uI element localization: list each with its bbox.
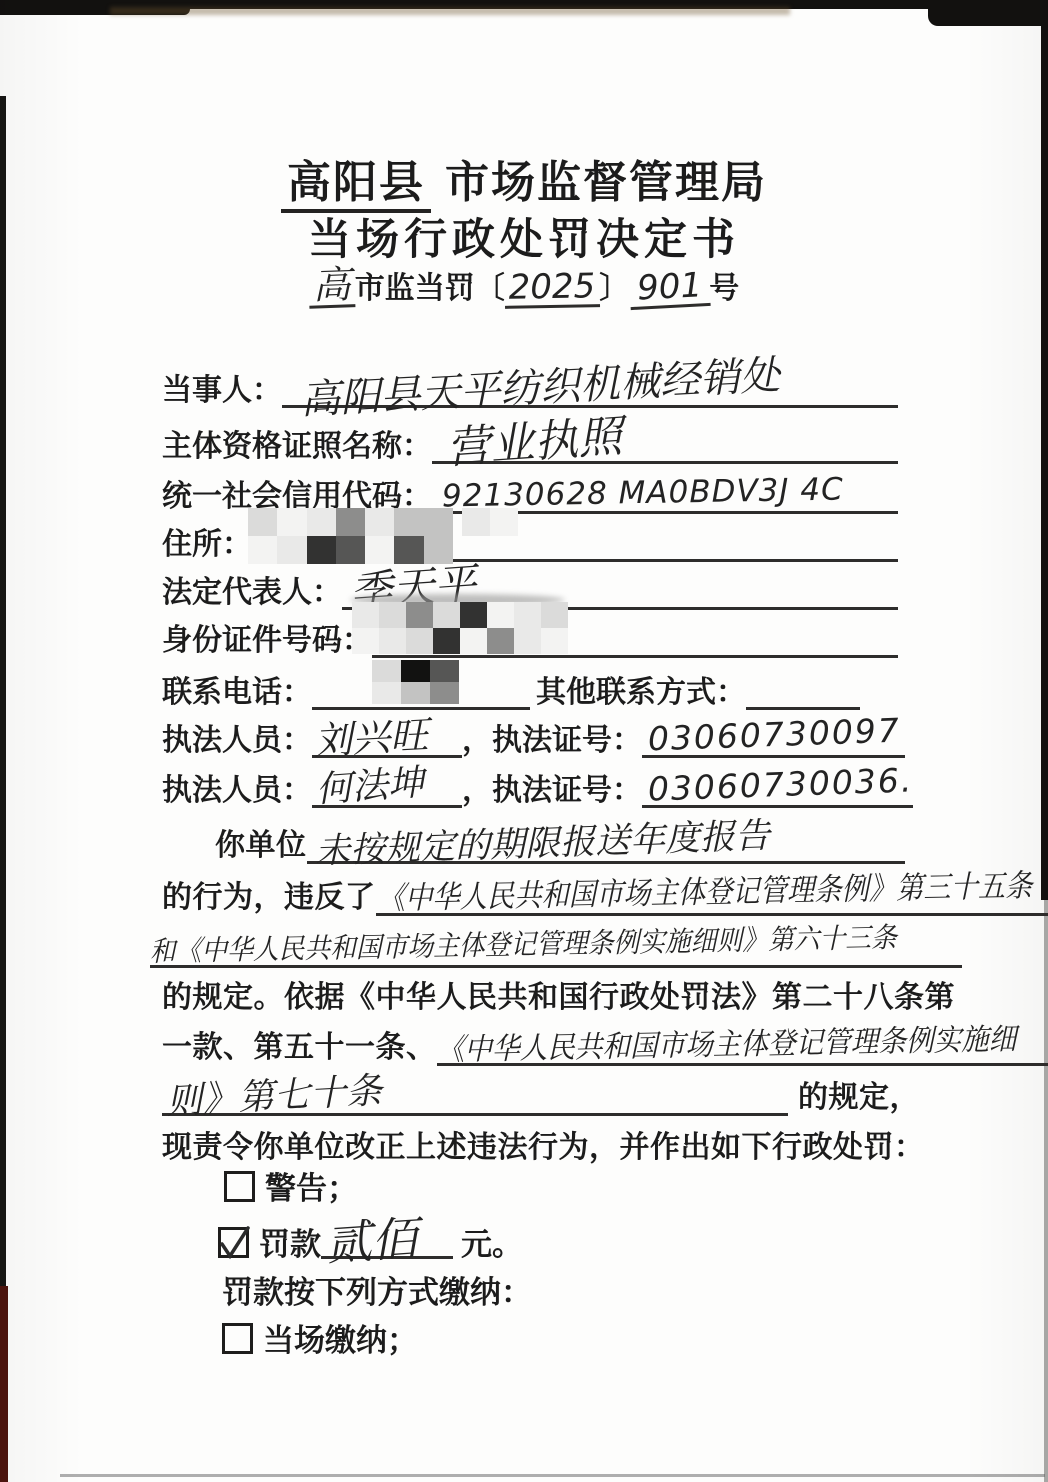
field-officer2: 执法人员： 何法坤 ，执法证号： 03060730036. xyxy=(162,760,905,808)
field-officer1-cert-no: 03060730097 xyxy=(647,714,901,756)
document-title: 高阳县市场监督管理局 xyxy=(281,146,767,210)
checkbox-fine xyxy=(218,1227,249,1258)
scan-border-right xyxy=(1041,0,1048,900)
body-line5: 一款、第五十一条、 《中华人民共和国市场主体登记管理条例实施细 xyxy=(162,1016,1048,1066)
body-line5-printed: 一款、第五十一条、 xyxy=(162,1030,437,1066)
penalty-fine-amount-hand: 贰佰 xyxy=(324,1215,419,1267)
body-line6: 则》第七十条 的规定， xyxy=(162,1066,898,1116)
check-icon xyxy=(217,1222,251,1262)
checkbox-onsite xyxy=(222,1323,253,1354)
body-line7-printed: 现责令你单位改正上述违法行为，并作出如下行政处罚： xyxy=(162,1130,925,1166)
body-line1-printed: 你单位 xyxy=(215,828,307,864)
body-line5-hand: 《中华人民共和国市场主体登记管理条例实施细 xyxy=(436,1025,1016,1066)
scan-border-left xyxy=(0,96,6,1292)
field-officer1-cert-line: 03060730097 xyxy=(642,710,905,758)
field-credit-code-value: 92130628 MA0BDV3J 4C xyxy=(442,474,844,512)
field-legal-rep-label: 法定代表人： xyxy=(162,576,342,611)
redaction-mosaic-address-2 xyxy=(462,508,518,536)
scan-border-right-fade xyxy=(1044,900,1048,1482)
field-license-label: 主体资格证照名称： xyxy=(162,430,432,465)
penalty-option-warning: 警告； xyxy=(224,1162,358,1206)
scan-border-top-right xyxy=(928,0,1048,26)
body-line2-hand: 《中华人民共和国市场主体登记管理条例》第三十五条 xyxy=(377,871,1032,915)
field-credit-code: 统一社会信用代码： 92130628 MA0BDV3J 4C xyxy=(162,466,898,514)
scan-smear-top xyxy=(110,7,790,15)
doc-no-year-hand: 2025 xyxy=(504,269,599,309)
field-phone: 联系电话： 其他联系方式： xyxy=(162,662,860,710)
penalty-fine-amount-line: 贰佰 xyxy=(321,1210,453,1259)
field-officer1-cert-label: ，执法证号： xyxy=(462,724,642,759)
field-officer2-label: 执法人员： xyxy=(162,774,312,809)
body-line3-line: 和《中华人民共和国市场主体登记管理条例实施细则》第六十三条 xyxy=(150,918,962,968)
penalty-payment-header-label: 罚款按下列方式缴纳： xyxy=(222,1276,532,1310)
doc-no-suffix: 号 xyxy=(709,269,739,308)
redaction-mosaic-address xyxy=(248,508,453,564)
field-officer1-name-line: 刘兴旺 xyxy=(312,710,462,758)
field-address-label: 住所： xyxy=(162,528,252,563)
body-line4: 的规定。依据《中华人民共和国行政处罚法》第二十八条第 xyxy=(162,966,955,1016)
field-officer1: 执法人员： 刘兴旺 ，执法证号： 03060730097 xyxy=(162,710,905,758)
checkbox-warning xyxy=(224,1171,255,1202)
penalty-fine-suffix: 元。 xyxy=(461,1228,523,1262)
body-line2-line: 《中华人民共和国市场主体登记管理条例》第三十五条 xyxy=(376,866,1048,916)
body-line1: 你单位 未按规定的期限报送年度报告 xyxy=(215,814,905,864)
authority-region: 高阳县 xyxy=(281,158,431,213)
field-id-number-label: 身份证件号码： xyxy=(162,624,372,659)
body-line4-printed: 的规定。依据《中华人民共和国行政处罚法》第二十八条第 xyxy=(162,980,955,1016)
field-officer2-name-line: 何法坤 xyxy=(312,760,462,808)
field-officer1-name: 刘兴旺 xyxy=(313,716,429,760)
field-other-contact-label: 其他联系方式： xyxy=(536,676,746,711)
field-license-line: 营业执照 xyxy=(432,416,898,464)
redaction-mosaic-id xyxy=(352,602,568,654)
penalty-fine-label: 罚款 xyxy=(259,1228,321,1262)
scan-border-left-red xyxy=(0,1286,8,1482)
penalty-option-fine: 罚款 贰佰 元。 xyxy=(218,1210,523,1262)
body-line3: 和《中华人民共和国市场主体登记管理条例实施细则》第六十三条 xyxy=(150,918,908,968)
body-line1-hand: 未按规定的期限报送年度报告 xyxy=(314,819,770,870)
body-line6-line: 则》第七十条 xyxy=(162,1066,788,1116)
body-line6-printed: 的规定， xyxy=(798,1080,920,1116)
field-credit-code-line: 92130628 MA0BDV3J 4C xyxy=(432,466,898,514)
field-party-label: 当事人： xyxy=(162,374,282,409)
authority-name: 市场监督管理局 xyxy=(445,158,767,207)
body-line2: 的行为，违反了 《中华人民共和国市场主体登记管理条例》第三十五条 xyxy=(162,866,1048,916)
doc-no-close: 〕 xyxy=(599,269,629,308)
body-line2-printed: 的行为，违反了 xyxy=(162,880,376,916)
document-number: 高 市监当罚〔 2025 〕 901 号 xyxy=(309,266,740,308)
field-officer2-name: 何法坤 xyxy=(315,765,425,808)
field-officer2-cert-label: ，执法证号： xyxy=(462,774,642,809)
penalty-onsite-label: 当场缴纳； xyxy=(263,1324,418,1358)
body-line5-line: 《中华人民共和国市场主体登记管理条例实施细 xyxy=(437,1016,1048,1066)
body-line3-hand: 和《中华人民共和国市场主体登记管理条例实施细则》第六十三条 xyxy=(150,924,897,966)
field-party-line: 高阳县天平纺织机械经销处 xyxy=(282,360,898,408)
redaction-mosaic-phone xyxy=(372,660,459,704)
penalty-warning-label: 警告； xyxy=(265,1172,358,1206)
doc-no-region-hand: 高 xyxy=(308,265,355,309)
body-line7: 现责令你单位改正上述违法行为，并作出如下行政处罚： xyxy=(162,1116,925,1166)
document-subtitle: 当场行政处罚决定书 xyxy=(308,206,740,267)
penalty-payment-header: 罚款按下列方式缴纳： xyxy=(222,1266,532,1310)
scan-border-bottom xyxy=(60,1474,1045,1477)
field-license-name: 主体资格证照名称： 营业执照 xyxy=(162,416,898,464)
doc-no-serial-hand: 901 xyxy=(628,268,710,310)
field-other-contact-line xyxy=(746,662,860,710)
field-license-value: 营业执照 xyxy=(445,415,624,471)
scanned-document-page: 高阳县市场监督管理局 当场行政处罚决定书 高 市监当罚〔 2025 〕 901 … xyxy=(0,0,1048,1482)
body-line1-line: 未按规定的期限报送年度报告 xyxy=(307,814,906,864)
body-line6-hand: 则》第七十条 xyxy=(165,1073,383,1120)
field-phone-label: 联系电话： xyxy=(162,676,312,711)
field-party-value: 高阳县天平纺织机械经销处 xyxy=(299,355,780,420)
field-party: 当事人： 高阳县天平纺织机械经销处 xyxy=(162,360,898,408)
penalty-option-onsite: 当场缴纳； xyxy=(222,1314,418,1358)
field-officer1-label: 执法人员： xyxy=(162,724,312,759)
doc-no-mid: 市监当罚〔 xyxy=(355,269,505,308)
field-officer2-cert-no: 03060730036. xyxy=(647,763,913,805)
field-officer2-cert-line: 03060730036. xyxy=(642,760,913,808)
